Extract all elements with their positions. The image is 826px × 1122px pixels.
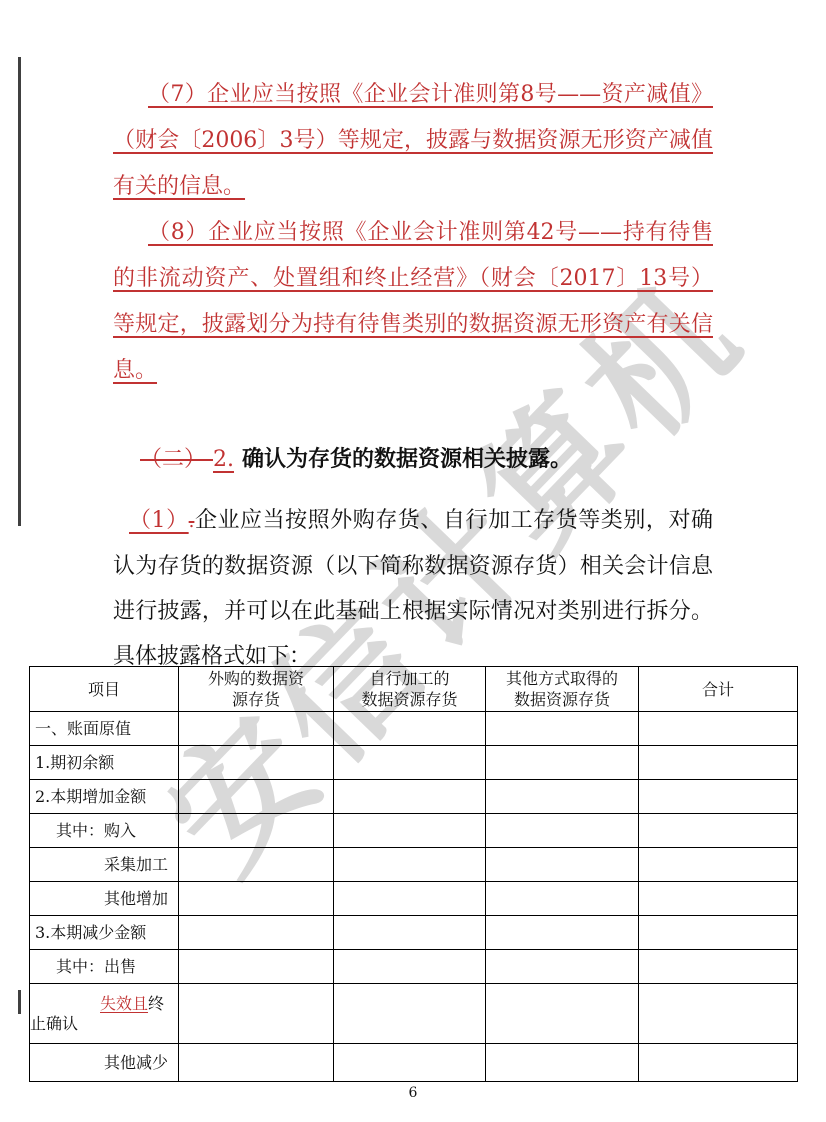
- empty-value-cell: [179, 746, 334, 780]
- inserted-text: 2.: [213, 447, 234, 472]
- empty-value-cell: [486, 984, 639, 1044]
- table-row: 失效且终止确认: [30, 984, 798, 1044]
- empty-value-cell: [639, 882, 798, 916]
- table-row: 1.期初余额: [30, 746, 798, 780]
- table-header: 项目外购的数据资源存货自行加工的数据资源存货其他方式取得的数据资源存货合计: [30, 667, 798, 712]
- column-header: 外购的数据资源存货: [179, 667, 334, 712]
- deleted-text: （二）: [140, 447, 213, 472]
- paragraph-1: （1）.企业应当按照外购存货、自行加工存货等类别，对确认为存货的数据资源（以下简…: [113, 498, 713, 679]
- column-header: 自行加工的数据资源存货: [334, 667, 486, 712]
- page-number: 6: [0, 1084, 826, 1102]
- row-label-cell: 其他增加: [30, 882, 179, 916]
- inserted-text: （1）: [129, 508, 189, 533]
- empty-value-cell: [486, 848, 639, 882]
- column-header: 其他方式取得的数据资源存货: [486, 667, 639, 712]
- row-label-cell: 3.本期减少金额: [30, 916, 179, 950]
- empty-value-cell: [639, 712, 798, 746]
- table-row: 2.本期增加金额: [30, 780, 798, 814]
- row-label-cell: 其他减少: [30, 1044, 179, 1082]
- column-header: 合计: [639, 667, 798, 712]
- heading-label: 确认为存货的数据资源相关披露。: [242, 446, 572, 472]
- table-body: 一、账面原值1.期初余额2.本期增加金额其中：购入采集加工其他增加3.本期减少金…: [30, 712, 798, 1082]
- table-row: 其他增加: [30, 882, 798, 916]
- empty-value-cell: [334, 950, 486, 984]
- empty-value-cell: [334, 916, 486, 950]
- table-row: 采集加工: [30, 848, 798, 882]
- empty-value-cell: [486, 950, 639, 984]
- row-label-cell: 失效且终止确认: [30, 984, 179, 1044]
- row-label-cell: 2.本期增加金额: [30, 780, 179, 814]
- empty-value-cell: [486, 746, 639, 780]
- body-text: 企业应当按照外购存货、自行加工存货等类别，对确认为存货的数据资源（以下简称数据资…: [113, 508, 713, 669]
- empty-value-cell: [639, 814, 798, 848]
- revision-change-bar-bottom: [18, 990, 21, 1014]
- empty-value-cell: [639, 984, 798, 1044]
- empty-value-cell: [486, 882, 639, 916]
- empty-value-cell: [639, 848, 798, 882]
- empty-value-cell: [179, 848, 334, 882]
- empty-value-cell: [334, 882, 486, 916]
- document-page: 安信计算机 （7）企业应当按照《企业会计准则第8号——资产减值》（财会〔2006…: [0, 0, 826, 1122]
- table-row: 其他减少: [30, 1044, 798, 1082]
- empty-value-cell: [334, 984, 486, 1044]
- empty-value-cell: [179, 814, 334, 848]
- empty-value-cell: [179, 916, 334, 950]
- inserted-text: （7）企业应当按照《企业会计准则第8号——资产减值》（财会〔2006〕3号）等规…: [113, 82, 713, 199]
- empty-value-cell: [179, 780, 334, 814]
- table-row: 其中：购入: [30, 814, 798, 848]
- empty-value-cell: [179, 950, 334, 984]
- row-label-cell: 其中：出售: [30, 950, 179, 984]
- empty-value-cell: [334, 780, 486, 814]
- empty-value-cell: [334, 848, 486, 882]
- row-label-cell: 其中：购入: [30, 814, 179, 848]
- inserted-text: （8）企业应当按照《企业会计准则第42号——持有待售的非流动资产、处置组和终止经…: [113, 220, 713, 383]
- empty-value-cell: [334, 814, 486, 848]
- paragraph-7: （7）企业应当按照《企业会计准则第8号——资产减值》（财会〔2006〕3号）等规…: [113, 72, 713, 210]
- empty-value-cell: [486, 712, 639, 746]
- empty-value-cell: [334, 712, 486, 746]
- empty-value-cell: [334, 1044, 486, 1082]
- empty-value-cell: [179, 1044, 334, 1082]
- table-row: 3.本期减少金额: [30, 916, 798, 950]
- table-row: 一、账面原值: [30, 712, 798, 746]
- inserted-text: 失效且: [100, 994, 148, 1013]
- table-header-row: 项目外购的数据资源存货自行加工的数据资源存货其他方式取得的数据资源存货合计: [30, 667, 798, 712]
- disclosure-table: 项目外购的数据资源存货自行加工的数据资源存货其他方式取得的数据资源存货合计 一、…: [29, 666, 798, 1082]
- row-label-cell: 一、账面原值: [30, 712, 179, 746]
- empty-value-cell: [639, 950, 798, 984]
- empty-value-cell: [334, 746, 486, 780]
- table-row: 其中：出售: [30, 950, 798, 984]
- column-header: 项目: [30, 667, 179, 712]
- empty-value-cell: [179, 712, 334, 746]
- row-label-cell: 采集加工: [30, 848, 179, 882]
- revision-change-bar-top: [18, 57, 21, 526]
- empty-value-cell: [639, 746, 798, 780]
- empty-value-cell: [486, 780, 639, 814]
- empty-value-cell: [639, 780, 798, 814]
- row-label-cell: 1.期初余额: [30, 746, 179, 780]
- empty-value-cell: [486, 814, 639, 848]
- empty-value-cell: [179, 984, 334, 1044]
- empty-value-cell: [639, 1044, 798, 1082]
- section-heading: （二） 2.确认为存货的数据资源相关披露。: [140, 436, 572, 483]
- empty-value-cell: [639, 916, 798, 950]
- empty-value-cell: [179, 882, 334, 916]
- paragraph-8: （8）企业应当按照《企业会计准则第42号——持有待售的非流动资产、处置组和终止经…: [113, 210, 713, 394]
- empty-value-cell: [486, 1044, 639, 1082]
- empty-value-cell: [486, 916, 639, 950]
